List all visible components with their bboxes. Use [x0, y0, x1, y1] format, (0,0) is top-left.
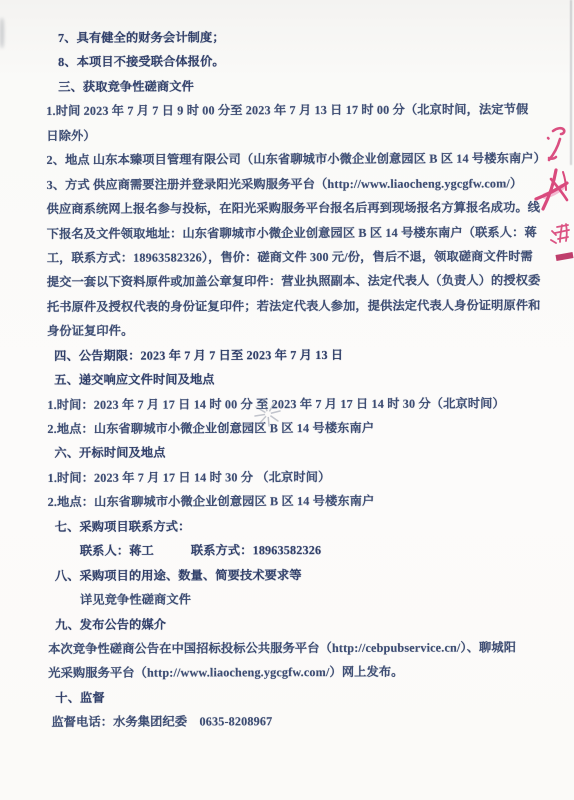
- doc-line: 详见竞争性磋商文件: [48, 586, 530, 612]
- section-heading-5: 五、递交响应文件时间及地点: [47, 366, 529, 392]
- doc-line: 1.时间：2023 年 7 月 17 日 14 时 30 分 （北京时间）: [48, 464, 530, 490]
- contact-line: 联系人：蒋工 联系方式：18963582326: [48, 538, 530, 564]
- doc-line: 3、方式 供应商需要注册并登录阳光采购服务平台（http://www.liaoc…: [47, 171, 529, 197]
- doc-line: 下报名及文件领取地址：山东省聊城市小微企业创意园区 B 区 14 号楼东南户（联…: [47, 220, 529, 246]
- section-heading-10: 十、监督: [48, 684, 530, 710]
- doc-line: 光采购服务平台（http://www.liaocheng.ygcgfw.com/…: [48, 660, 530, 686]
- doc-line: 2、地点 山东本臻项目管理有限公司（山东省聊城市小微企业创意园区 B 区 14 …: [46, 147, 528, 173]
- doc-line: 工，联系方式：18963582326），售价：磋商文件 300 元/份，售后不退…: [47, 244, 529, 270]
- section-heading-8: 八、采购项目的用途、数量、简要技术要求等: [48, 562, 530, 588]
- doc-line: 日除外）: [46, 122, 528, 148]
- doc-line-item-7: 7、具有健全的财务会计制度；: [46, 24, 528, 50]
- doc-line: 提交一套以下资料原件或加盖公章复印件：营业执照副本、法定代表人（负责人）的授权委: [47, 269, 529, 295]
- doc-line: 供应商系统网上报名参与投标，在阳光采购服务平台报名后再到现场报名方算报名成功。线: [47, 195, 529, 221]
- section-heading-3: 三、获取竞争性磋商文件: [46, 73, 528, 99]
- doc-line: 2.地点：山东省聊城市小微企业创意园区 B 区 14 号楼东南户: [47, 415, 529, 441]
- doc-line: 2.地点：山东省聊城市小微企业创意园区 B 区 14 号楼东南户: [48, 489, 530, 515]
- doc-line: 1.时间 2023 年 7 月 7 日 9 时 00 分至 2023 年 7 月…: [46, 98, 528, 124]
- page-edge-shadow: [570, 0, 572, 165]
- scan-smudge: [0, 18, 4, 48]
- section-heading-6: 六、开标时间及地点: [47, 440, 529, 466]
- doc-line: 本次竞争性磋商公告在中国招标投标公共服务平台（http://cebpubserv…: [48, 635, 530, 661]
- announcement-body: 7、具有健全的财务会计制度； 8、本项目不接受联合体报价。 三、获取竞争性磋商文…: [46, 24, 530, 734]
- doc-line: 身份证复印件。: [47, 318, 529, 344]
- section-heading-4: 四、公告期限：2023 年 7 月 7 日至 2023 年 7 月 13 日: [47, 342, 529, 368]
- doc-line-item-8: 8、本项目不接受联合体报价。: [46, 49, 528, 75]
- section-heading-7: 七、采购项目联系方式：: [48, 513, 530, 539]
- doc-line: 1.时间：2023 年 7 月 17 日 14 时 00 分 至 2023 年 …: [47, 391, 529, 417]
- section-heading-9: 九、发布公告的媒介: [48, 611, 530, 637]
- doc-line: 托书原件及授权代表的身份证复印件；若法定代表人参加，提供法定代表人身份证明原件和: [47, 293, 529, 319]
- supervision-phone-line: 监督电话：水务集团纪委 0635-8208967: [48, 709, 530, 735]
